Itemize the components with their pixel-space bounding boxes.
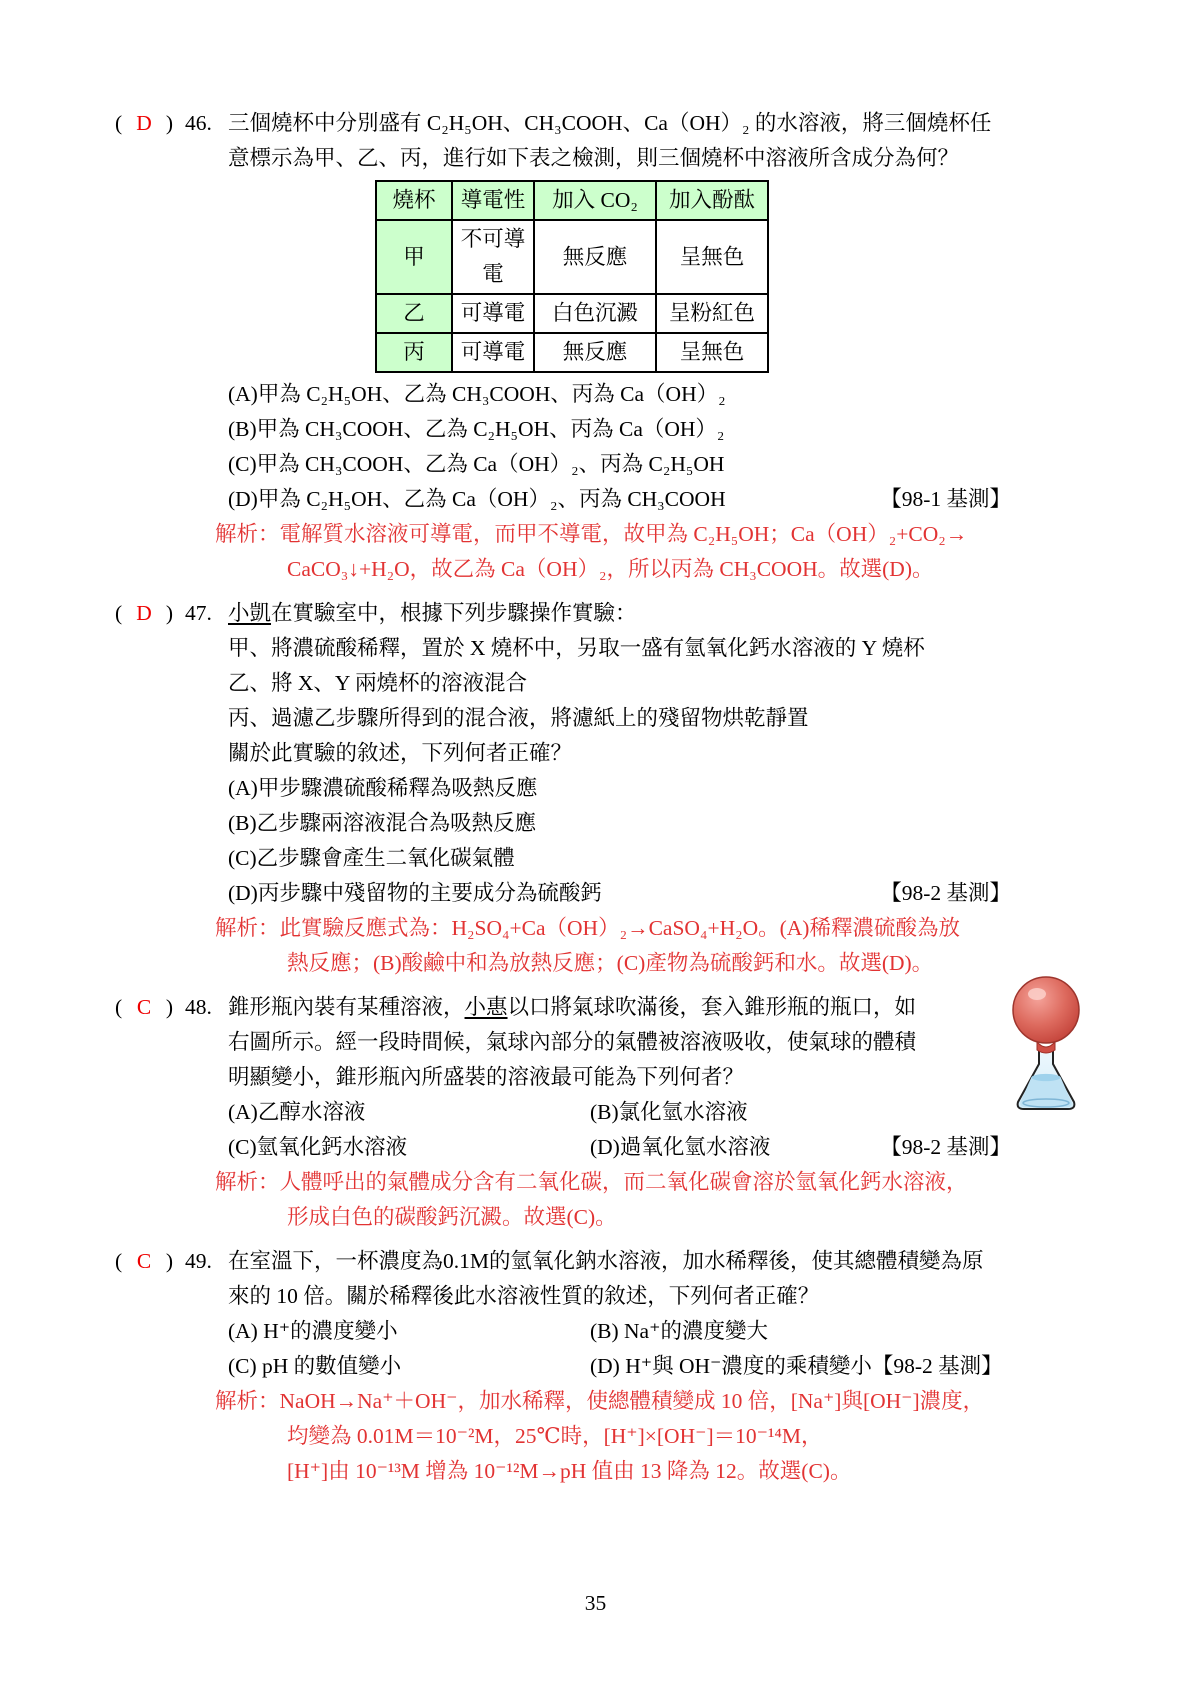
analysis-line: CaCO₃↓+H₂O，故乙為 Ca（OH）₂，所以丙為 CH₃COOH。故選(D… xyxy=(287,552,1121,587)
table-header-row: 燒杯 導電性 加入 CO₂ 加入酚酞 xyxy=(376,181,768,220)
option-c: (C)乙步驟會產生二氧化碳氣體 xyxy=(228,841,1121,876)
question-49-head: (C) 49. 在室溫下，一杯濃度為0.1M的氫氧化鈉水溶液，加水稀釋後，使其總… xyxy=(115,1244,1121,1279)
table-header-cell: 燒杯 xyxy=(376,181,452,220)
answer-letter: C xyxy=(137,990,151,1025)
question-number: 46. xyxy=(173,106,228,141)
paren-open: ( xyxy=(115,1244,122,1279)
question-stem-line: 錐形瓶內裝有某種溶液，小惠以口將氣球吹滿後，套入錐形瓶的瓶口，如 xyxy=(228,990,1121,1025)
option-b: (B) Na⁺的濃度變大 xyxy=(590,1314,768,1349)
balloon-flask-icon xyxy=(1010,976,1082,1116)
table-cell: 呈無色 xyxy=(656,220,768,294)
option-c: (C) pH 的數值變小 xyxy=(228,1349,590,1384)
option-d: (D)甲為 C₂H₅OH、乙為 Ca（OH）₂、丙為 CH₃COOH xyxy=(228,482,880,517)
option-c: (C)甲為 CH₃COOH、乙為 Ca（OH）₂、丙為 C₂H₅OH xyxy=(228,447,1121,482)
question-46-head: (D) 46. 三個燒杯中分別盛有 C₂H₅OH、CH₃COOH、Ca（OH）₂… xyxy=(115,106,1121,141)
option-a: (A) H⁺的濃度變小 xyxy=(228,1314,590,1349)
student-name: 小惠 xyxy=(465,995,508,1019)
analysis-line: 解析：人體呼出的氣體成分含有二氧化碳，而二氧化碳會溶於氫氧化鈣水溶液， xyxy=(215,1165,1121,1200)
table-header-cell: 加入酚酞 xyxy=(656,181,768,220)
analysis-line: 形成白色的碳酸鈣沉澱。故選(C)。 xyxy=(287,1200,1121,1235)
table-row: 乙 可導電 白色沉澱 呈粉紅色 xyxy=(376,294,768,333)
source-tag: 【98-2 基測】 xyxy=(880,1130,1011,1165)
question-stem-line: 右圖所示。經一段時間候，氣球內部分的氣體被溶液吸收，使氣球的體積 xyxy=(228,1025,1121,1060)
analysis-label: 解析： xyxy=(215,1389,280,1413)
option-d: (D)丙步驟中殘留物的主要成分為硫酸鈣 xyxy=(228,876,880,911)
answer-letter: C xyxy=(137,1244,151,1279)
answer-marker: (C) xyxy=(115,990,173,1025)
analysis-line: 解析：NaOH→Na⁺＋OH⁻，加水稀釋，使總體積變成 10 倍，[Na⁺]與[… xyxy=(215,1384,1121,1419)
question-stem-line: 關於此實驗的敘述，下列何者正確？ xyxy=(228,736,1121,771)
analysis-text: 此實驗反應式為：H₂SO₄+Ca（OH）₂→CaSO₄+H₂O。(A)稀釋濃硫酸… xyxy=(280,916,960,940)
analysis-line: 解析：此實驗反應式為：H₂SO₄+Ca（OH）₂→CaSO₄+H₂O。(A)稀釋… xyxy=(215,911,1121,946)
table-cell: 丙 xyxy=(376,333,452,372)
analysis-line: 熱反應；(B)酸鹼中和為放熱反應；(C)產物為硫酸鈣和水。故選(D)。 xyxy=(287,946,1121,981)
table-cell: 可導電 xyxy=(452,333,534,372)
table-cell: 無反應 xyxy=(534,333,656,372)
table-cell: 無反應 xyxy=(534,220,656,294)
analysis-label: 解析： xyxy=(215,1170,280,1194)
table-cell: 乙 xyxy=(376,294,452,333)
balloon-flask-illustration xyxy=(1010,976,1082,1127)
page-number: 35 xyxy=(0,1586,1191,1621)
question-stem-line: 來的 10 倍。關於稀釋後此水溶液性質的敘述，下列何者正確？ xyxy=(228,1279,1121,1314)
table-header-cell: 導電性 xyxy=(452,181,534,220)
option-row-cd: (C) pH 的數值變小 (D) H⁺與 OH⁻濃度的乘積變小【98-2 基測】 xyxy=(228,1349,1121,1384)
question-stem-line: 三個燒杯中分別盛有 C₂H₅OH、CH₃COOH、Ca（OH）₂ 的水溶液，將三… xyxy=(228,106,1121,141)
table-cell: 呈粉紅色 xyxy=(656,294,768,333)
paren-close: ) xyxy=(166,106,173,141)
question-49: (C) 49. 在室溫下，一杯濃度為0.1M的氫氧化鈉水溶液，加水稀釋後，使其總… xyxy=(115,1244,1121,1489)
stem-text: 錐形瓶內裝有某種溶液， xyxy=(228,995,465,1019)
option-b: (B)氯化氫水溶液 xyxy=(590,1095,748,1130)
question-48-head: (C) 48. 錐形瓶內裝有某種溶液，小惠以口將氣球吹滿後，套入錐形瓶的瓶口，如 xyxy=(115,990,1121,1025)
question-stem-line: 小凱在實驗室中，根據下列步驟操作實驗： xyxy=(228,596,1121,631)
analysis-line: 均變為 0.01M＝10⁻²M，25℃時，[H⁺]×[OH⁻]＝10⁻¹⁴M， xyxy=(287,1419,1121,1454)
answer-letter: D xyxy=(136,106,152,141)
question-number: 49. xyxy=(173,1244,228,1279)
answer-marker: (D) xyxy=(115,106,173,141)
question-number: 47. xyxy=(173,596,228,631)
answer-marker: (D) xyxy=(115,596,173,631)
analysis-label: 解析： xyxy=(215,522,280,546)
source-tag: 【98-2 基測】 xyxy=(880,876,1011,911)
option-d-row: (D)甲為 C₂H₅OH、乙為 Ca（OH）₂、丙為 CH₃COOH 【98-1… xyxy=(228,482,1121,517)
experiment-step: 甲、將濃硫酸稀釋，置於 X 燒杯中，另取一盛有氫氧化鈣水溶液的 Y 燒杯 xyxy=(228,631,1121,666)
analysis-label: 解析： xyxy=(215,916,280,940)
question-number: 48. xyxy=(173,990,228,1025)
table-row: 甲 不可導電 無反應 呈無色 xyxy=(376,220,768,294)
analysis-line: [H⁺]由 10⁻¹³M 增為 10⁻¹²M→pH 值由 13 降為 12。故選… xyxy=(287,1454,1121,1489)
paren-close: ) xyxy=(166,596,173,631)
option-a: (A)甲步驟濃硫酸稀釋為吸熱反應 xyxy=(228,771,1121,806)
student-name: 小凱 xyxy=(228,601,271,625)
paren-close: ) xyxy=(166,990,173,1025)
option-row-ab: (A)乙醇水溶液 (B)氯化氫水溶液 xyxy=(228,1095,1121,1130)
option-c: (C)氫氧化鈣水溶液 xyxy=(228,1130,590,1165)
question-48: (C) 48. 錐形瓶內裝有某種溶液，小惠以口將氣球吹滿後，套入錐形瓶的瓶口，如… xyxy=(115,990,1121,1235)
question-47: (D) 47. 小凱在實驗室中，根據下列步驟操作實驗： 甲、將濃硫酸稀釋，置於 … xyxy=(115,596,1121,981)
analysis-text: 人體呼出的氣體成分含有二氧化碳，而二氧化碳會溶於氫氧化鈣水溶液， xyxy=(280,1170,968,1194)
question-stem-line: 意標示為甲、乙、丙，進行如下表之檢測，則三個燒杯中溶液所含成分為何？ xyxy=(228,141,1121,176)
question-46: (D) 46. 三個燒杯中分別盛有 C₂H₅OH、CH₃COOH、Ca（OH）₂… xyxy=(115,106,1121,587)
stem-text: 在實驗室中，根據下列步驟操作實驗： xyxy=(271,601,637,625)
answer-marker: (C) xyxy=(115,1244,173,1279)
option-b: (B)乙步驟兩溶液混合為吸熱反應 xyxy=(228,806,1121,841)
analysis-text: NaOH→Na⁺＋OH⁻，加水稀釋，使總體積變成 10 倍，[Na⁺]與[OH⁻… xyxy=(280,1389,985,1413)
table-header-cell: 加入 CO₂ xyxy=(534,181,656,220)
question-stem-line: 在室溫下，一杯濃度為0.1M的氫氧化鈉水溶液，加水稀釋後，使其總體積變為原 xyxy=(228,1244,1121,1279)
question-47-head: (D) 47. 小凱在實驗室中，根據下列步驟操作實驗： xyxy=(115,596,1121,631)
exam-page: (D) 46. 三個燒杯中分別盛有 C₂H₅OH、CH₃COOH、Ca（OH）₂… xyxy=(0,0,1191,1684)
question-stem-line: 明顯變小，錐形瓶內所盛裝的溶液最可能為下列何者？ xyxy=(228,1060,1121,1095)
option-d-row: (D)丙步驟中殘留物的主要成分為硫酸鈣 【98-2 基測】 xyxy=(228,876,1121,911)
stem-text: 以口將氣球吹滿後，套入錐形瓶的瓶口，如 xyxy=(508,995,917,1019)
table-cell: 白色沉澱 xyxy=(534,294,656,333)
table-cell: 不可導電 xyxy=(452,220,534,294)
option-a: (A)乙醇水溶液 xyxy=(228,1095,590,1130)
experiment-step: 乙、將 X、Y 兩燒杯的溶液混合 xyxy=(228,666,1121,701)
option-d: (D) H⁺與 OH⁻濃度的乘積變小 xyxy=(590,1349,872,1384)
analysis-text: 電解質水溶液可導電，而甲不導電，故甲為 C₂H₅OH；Ca（OH）₂+CO₂→ xyxy=(280,522,968,546)
paren-close: ) xyxy=(166,1244,173,1279)
table-row: 丙 可導電 無反應 呈無色 xyxy=(376,333,768,372)
option-b: (B)甲為 CH₃COOH、乙為 C₂H₅OH、丙為 Ca（OH）₂ xyxy=(228,412,1121,447)
option-a: (A)甲為 C₂H₅OH、乙為 CH₃COOH、丙為 Ca（OH）₂ xyxy=(228,377,1121,412)
source-tag: 【98-2 基測】 xyxy=(872,1349,1003,1384)
table-cell: 呈無色 xyxy=(656,333,768,372)
paren-open: ( xyxy=(115,106,122,141)
table-cell: 可導電 xyxy=(452,294,534,333)
paren-open: ( xyxy=(115,596,122,631)
paren-open: ( xyxy=(115,990,122,1025)
option-d: (D)過氧化氫水溶液 xyxy=(590,1130,880,1165)
beaker-test-table: 燒杯 導電性 加入 CO₂ 加入酚酞 甲 不可導電 無反應 呈無色 乙 可導電 … xyxy=(375,180,769,373)
option-row-ab: (A) H⁺的濃度變小 (B) Na⁺的濃度變大 xyxy=(228,1314,1121,1349)
option-row-cd: (C)氫氧化鈣水溶液 (D)過氧化氫水溶液 【98-2 基測】 xyxy=(228,1130,1121,1165)
experiment-step: 丙、過濾乙步驟所得到的混合液，將濾紙上的殘留物烘乾靜置 xyxy=(228,701,1121,736)
answer-letter: D xyxy=(136,596,152,631)
analysis-line: 解析：電解質水溶液可導電，而甲不導電，故甲為 C₂H₅OH；Ca（OH）₂+CO… xyxy=(215,517,1121,552)
table-cell: 甲 xyxy=(376,220,452,294)
source-tag: 【98-1 基測】 xyxy=(880,482,1011,517)
